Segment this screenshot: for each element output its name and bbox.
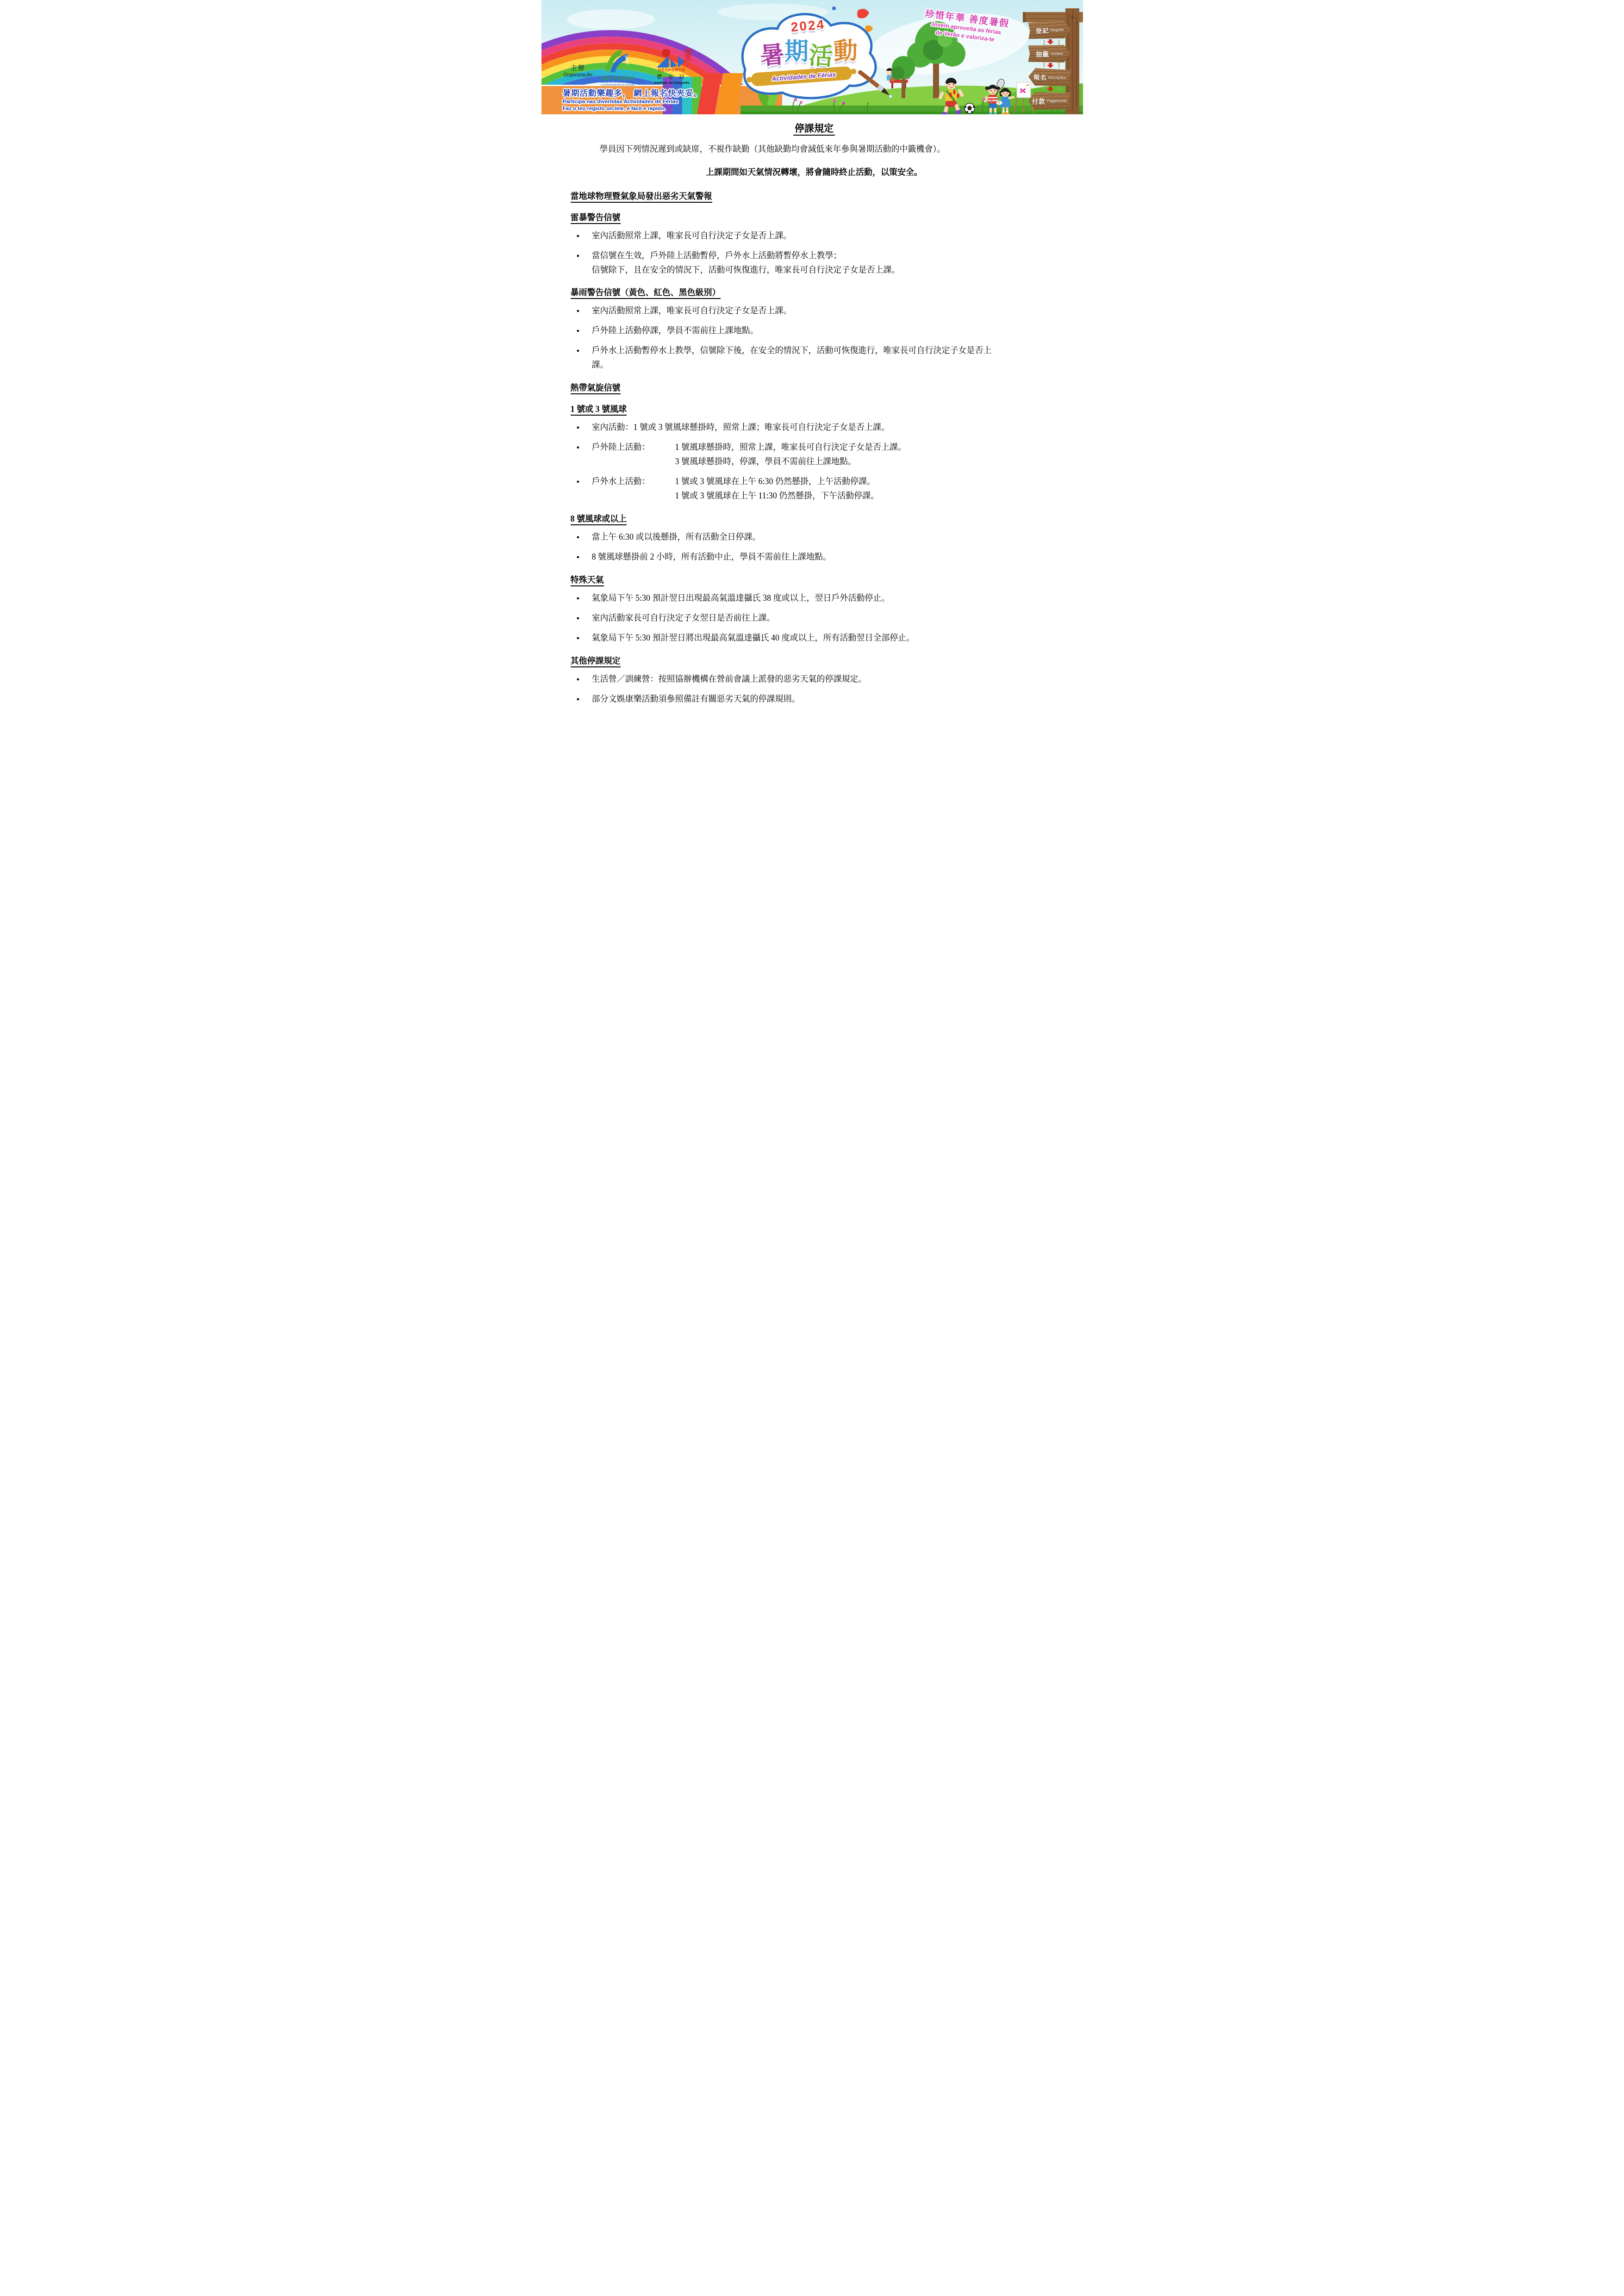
arrow-down-icon — [1047, 39, 1054, 44]
banner: 主辦 Organização DSEDJ 教育及青年發展局 Direcção d… — [541, 0, 1083, 114]
list-item: 氣象局下午 5:30 預計翌日出現最高氣溫達攝氏 38 度或以上，翌日戶外活動停… — [571, 591, 1058, 605]
event-title-char: 動 — [833, 31, 859, 67]
slogan-zh: 暑期活動樂趣多， 網上報名快夾妥。 — [563, 87, 785, 99]
sport-institute-logo: 體 育 DESPORTO 體 育 局 Instituto do Desporto — [650, 49, 694, 85]
sport-logo-brand: DESPORTO — [650, 68, 694, 72]
list-item: 室內活動家長可自行決定子女翌日是否前往上課。 — [571, 611, 1058, 625]
event-title-char: 活 — [808, 36, 834, 72]
sport-name-zh: 體 育 局 — [650, 73, 694, 81]
event-title-char: 暑 — [759, 35, 785, 71]
list-item: 生活營／訓練營：按照協辦機構在營前會議上派發的惡劣天氣的停課規定。 — [571, 672, 1058, 686]
warning-paragraph: 上課期間如天氣情況轉壞，將會隨時終止活動，以策安全。 — [571, 166, 1058, 178]
section-signal8: 8 號風球或以上 當上午 6:30 或以後懸掛，所有活動全日停課。 8 號風球懸… — [571, 512, 1058, 564]
list-item: 戶外水上活動： 1 號或 3 號風球在上午 6:30 仍然懸掛，上午活動停課。 … — [571, 474, 1058, 503]
dsedj-name-pt2: e de Desenvolvimento da Juventude — [600, 84, 636, 87]
section-rainstorm: 暴雨警告信號（黃色、紅色、黑色級別） 室內活動照常上課，唯家長可自行決定子女是否… — [571, 286, 1058, 372]
list-item: 室內活動照常上課，唯家長可自行決定子女是否上課。 — [571, 304, 1058, 318]
sign-inscricoes: 報名 Inscrições — [1028, 68, 1071, 87]
section-heading: 雷暴警告信號 — [571, 211, 1058, 223]
event-title: 暑 期 活 動 — [743, 32, 875, 67]
bullet-list: 氣象局下午 5:30 預計翌日出現最高氣溫達攝氏 38 度或以上，翌日戶外活動停… — [571, 591, 1058, 645]
section-heading: 當地球物理暨氣象局發出惡劣天氣警報 — [571, 190, 1058, 202]
list-item: 室內活動照常上課，唯家長可自行決定子女是否上課。 — [571, 229, 1058, 243]
list-item: 8 號風球懸掛前 2 小時，所有活動中止，學員不需前往上課地點。 — [571, 550, 1058, 564]
section-thunderstorm: 雷暴警告信號 室內活動照常上課，唯家長可自行決定子女是否上課。 當信號在生效，戶… — [571, 211, 1058, 277]
dsedj-logo-icon: DSEDJ — [603, 48, 633, 73]
bullet-list: 室內活動照常上課，唯家長可自行決定子女是否上課。 戶外陸上活動停課，學員不需前往… — [571, 304, 1058, 372]
dsedj-name-zh: 教育及青年發展局 — [600, 76, 636, 81]
section-other-rules: 其他停課規定 生活營／訓練營：按照協辦機構在營前會議上派發的惡劣天氣的停課規定。… — [571, 654, 1058, 706]
dsedj-name-pt1: Direcção dos Serviços de Educação — [600, 81, 636, 84]
bullet-list: 當上午 6:30 或以後懸掛，所有活動全日停課。 8 號風球懸掛前 2 小時，所… — [571, 530, 1058, 564]
sign-sorteio: 抽籤 Sorteio — [1028, 45, 1071, 62]
bullet-list: 室內活動：1 號或 3 號風球懸掛時，照常上課；唯家長可自行決定子女是否上課。 … — [571, 420, 1058, 503]
arrow-down-icon — [1047, 87, 1054, 92]
sport-logo-vertical-zh: 體 育 — [685, 49, 691, 62]
section-tropical-cyclone: 熱帶氣旋信號 1 號或 3 號風球 室內活動：1 號或 3 號風球懸掛時，照常上… — [571, 381, 1058, 503]
organizer-block: 主辦 Organização — [564, 64, 592, 78]
sport-name-pt: Instituto do Desporto — [650, 81, 694, 85]
slogan-pt2: Faz o teu registo on-line, é fácil e ráp… — [563, 106, 785, 112]
event-title-char: 期 — [784, 32, 809, 67]
organizer-label-zh: 主辦 — [564, 64, 592, 72]
list-item: 氣象局下午 5:30 預計翌日將出現最高氣溫達攝氏 40 度或以上，所有活動翌日… — [571, 631, 1058, 645]
list-item: 戶外水上活動暫停水上教學，信號除下後，在安全的情況下，活動可恢復進行，唯家長可自… — [571, 343, 994, 372]
section-heading: 特殊天氣 — [571, 573, 1058, 585]
slogan-block: 暑期活動樂趣多， 網上報名快夾妥。 Participa nas divertid… — [563, 87, 785, 112]
soccer-ball-icon — [964, 103, 974, 113]
list-item: 部分文娛康樂活動須參照備註有關惡劣天氣的停課規則。 — [571, 692, 1058, 706]
intro-paragraph: 學員因下列情況遲到或缺席，不視作缺勤（其他缺勤均會減低來年參與暑期活動的中籤機會… — [571, 142, 1058, 156]
dsedj-logo: DSEDJ 教育及青年發展局 Direcção dos Serviços de … — [600, 48, 636, 86]
list-item: 當信號在生效，戶外陸上活動暫停，戶外水上活動將暫停水上教學； 信號除下，且在安全… — [571, 249, 1058, 277]
section-subheading: 1 號或 3 號風球 — [571, 403, 1058, 415]
slogan-pt1: Participa nas divertidas Actividades de … — [563, 99, 785, 106]
bullet-list: 室內活動照常上課，唯家長可自行決定子女是否上課。 當信號在生效，戶外陸上活動暫停… — [571, 229, 1058, 277]
organizer-label-pt: Organização — [564, 72, 592, 79]
section-heading: 其他停課規定 — [571, 654, 1058, 666]
page-title: 停課規定 — [571, 121, 1058, 135]
section-heading: 暴雨警告信號（黃色、紅色、黑色級別） — [571, 286, 1058, 298]
bullet-list: 生活營／訓練營：按照協辦機構在營前會議上派發的惡劣天氣的停課規定。 部分文娛康樂… — [571, 672, 1058, 706]
list-item: 當上午 6:30 或以後懸掛，所有活動全日停課。 — [571, 530, 1058, 544]
list-item: 室內活動：1 號或 3 號風球懸掛時，照常上課；唯家長可自行決定子女是否上課。 — [571, 420, 1058, 435]
document-body: 停課規定 學員因下列情況遲到或缺席，不視作缺勤（其他缺勤均會減低來年參與暑期活動… — [541, 121, 1083, 721]
list-item: 戶外陸上活動： 1 號風球懸掛時，照常上課，唯家長可自行決定子女是否上課。 3 … — [571, 440, 1058, 469]
page: 主辦 Organização DSEDJ 教育及青年發展局 Direcção d… — [541, 0, 1083, 765]
section-heading: 熱帶氣旋信號 — [571, 381, 1058, 393]
section-special-weather: 特殊天氣 氣象局下午 5:30 預計翌日出現最高氣溫達攝氏 38 度或以上，翌日… — [571, 573, 1058, 645]
sign-pagamento: 付款 Pagamento — [1028, 92, 1071, 110]
section-heading: 8 號風球或以上 — [571, 512, 1058, 524]
sport-logo-icon — [656, 49, 688, 68]
section-weather-warning: 當地球物理暨氣象局發出惡劣天氣警報 — [571, 190, 1058, 202]
arrow-down-icon — [1047, 63, 1054, 68]
list-item: 戶外陸上活動停課，學員不需前往上課地點。 — [571, 324, 1058, 338]
